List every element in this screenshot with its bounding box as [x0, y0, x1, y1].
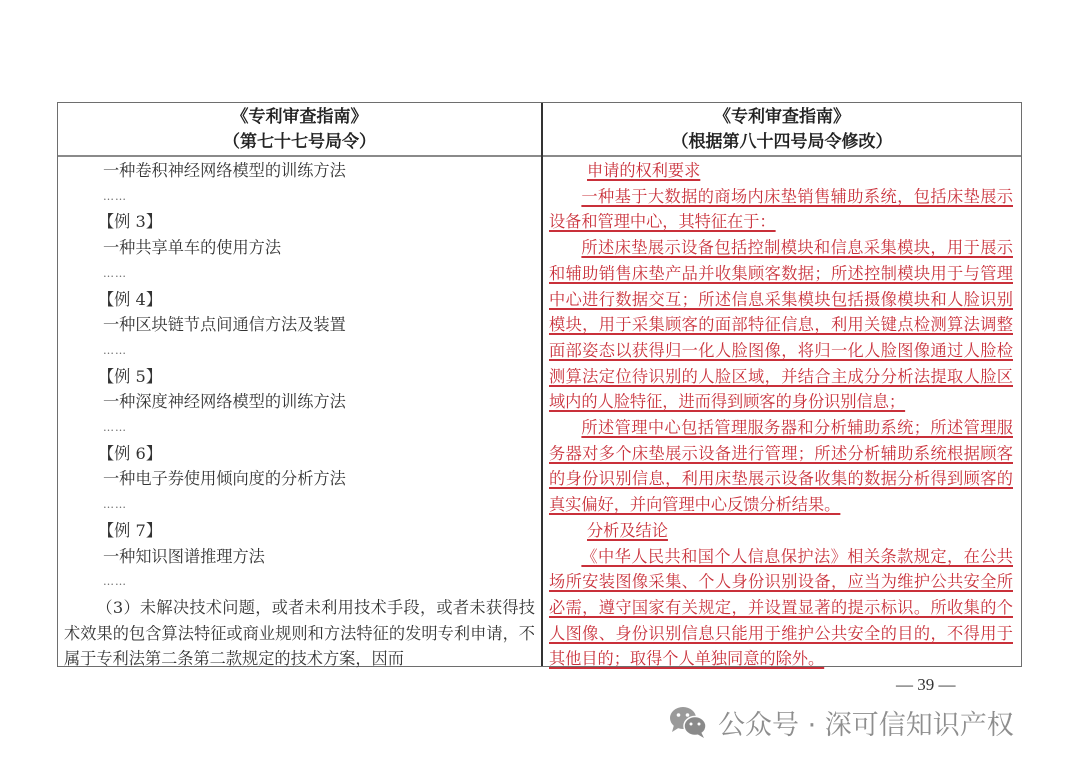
left-column-body: 一种卷积神经网络模型的训练方法 …… 【例 3】 一种共享单车的使用方法 …… … — [58, 158, 541, 672]
example-title: 一种知识图谱推理方法 — [58, 544, 541, 570]
left-header-subtitle: （第七十七号局令） — [58, 130, 541, 155]
example-title: 一种共享单车的使用方法 — [58, 235, 541, 261]
comparison-table: 《专利审查指南》 （第七十七号局令） 《专利审查指南》 （根据第八十四号局令修改… — [57, 102, 1022, 667]
example-title: 一种深度神经网络模型的训练方法 — [58, 389, 541, 415]
example-label: 【例 6】 — [58, 441, 541, 467]
left-column-header: 《专利审查指南》 （第七十七号局令） — [58, 103, 541, 157]
ellipsis: …… — [58, 184, 541, 210]
watermark: 公众号 · 深可信知识产权 — [668, 700, 1014, 744]
right-header-subtitle: （根据第八十四号局令修改） — [543, 130, 1021, 155]
watermark-text: 公众号 · 深可信知识产权 — [718, 703, 1014, 742]
analysis-paragraph: 《中华人民共和国个人信息保护法》相关条款规定，在公共场所安装图像采集、个人身份识… — [549, 547, 1013, 669]
ellipsis: …… — [58, 569, 541, 595]
section-heading-analysis: 分析及结论 — [587, 521, 668, 540]
right-header-title: 《专利审查指南》 — [543, 105, 1021, 130]
example-title: 一种区块链节点间通信方法及装置 — [58, 312, 541, 338]
claim-paragraph: 一种基于大数据的商场内床垫销售辅助系统，包括床垫展示设备和管理中心，其特征在于： — [549, 187, 1013, 232]
section-heading-claims: 申请的权利要求 — [587, 161, 700, 180]
claim-paragraph: 所述床垫展示设备包括控制模块和信息采集模块，用于展示和辅助销售床垫产品并收集顾客… — [549, 238, 1013, 411]
left-header-title: 《专利审查指南》 — [58, 105, 541, 130]
page-number: — 39 — — [896, 675, 956, 695]
right-column-header: 《专利审查指南》 （根据第八十四号局令修改） — [543, 103, 1021, 157]
ellipsis: …… — [58, 492, 541, 518]
ellipsis: …… — [58, 261, 541, 287]
example-title: 一种电子券使用倾向度的分析方法 — [58, 466, 541, 492]
right-column-body: 申请的权利要求 一种基于大数据的商场内床垫销售辅助系统，包括床垫展示设备和管理中… — [543, 158, 1019, 672]
header-divider — [58, 155, 1021, 157]
body-paragraph: （3）未解决技术问题，或者未利用技术手段，或者未获得技术效果的包含算法特征或商业… — [58, 595, 541, 672]
claim-paragraph: 所述管理中心包括管理服务器和分析辅助系统；所述管理服务器对多个床垫展示设备进行管… — [549, 418, 1013, 514]
example-title: 一种卷积神经网络模型的训练方法 — [58, 158, 541, 184]
ellipsis: …… — [58, 415, 541, 441]
ellipsis: …… — [58, 338, 541, 364]
example-label: 【例 3】 — [58, 209, 541, 235]
example-label: 【例 7】 — [58, 518, 541, 544]
example-label: 【例 4】 — [58, 287, 541, 313]
wechat-icon — [668, 705, 708, 739]
example-label: 【例 5】 — [58, 364, 541, 390]
